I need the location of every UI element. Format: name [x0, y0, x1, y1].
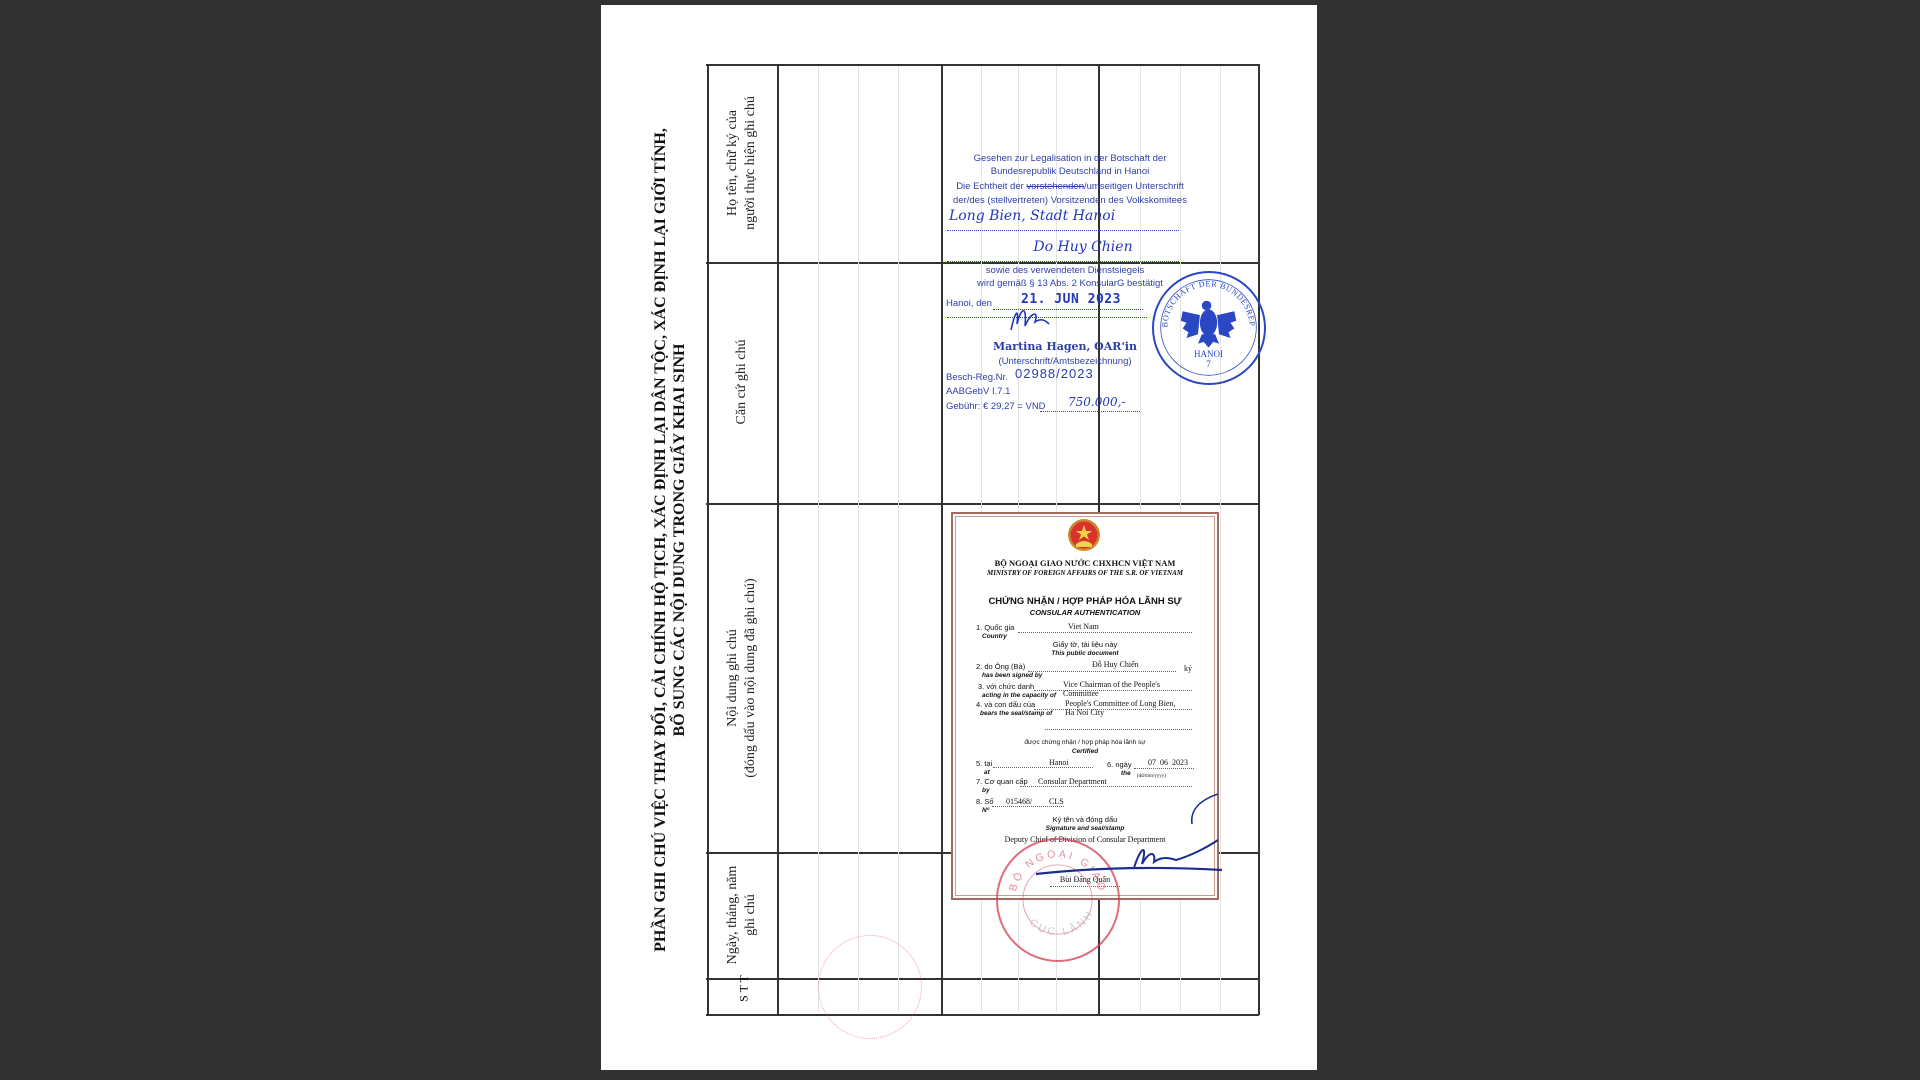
de-reg-label: Besch-Reg.Nr. — [946, 371, 1008, 384]
cert-capacity-label: 3. với chức danh acting in the capacity … — [978, 682, 1056, 700]
table-column-divider — [941, 64, 943, 1015]
cert-no-label-en: Nº — [982, 806, 994, 815]
de-line5: sowie des verwendeten Dienstsiegels — [950, 264, 1180, 277]
vietnam-emblem-icon — [1067, 518, 1101, 552]
cert-signed-label-en: has been signed by — [982, 671, 1042, 680]
cert-seal-value-2: Ha Noi City — [1065, 709, 1176, 718]
title-line-1: PHẦN GHI CHÚ VIỆC THAY ĐỔI, CẢI CHÍNH HỘ… — [651, 90, 670, 990]
cert-by-value: Consular Department — [1038, 777, 1107, 786]
german-embassy-seal: BOTSCHAFT DER BUNDESREPUBLIK DEUTSCHLAND… — [1152, 271, 1266, 385]
cert-date-label: 6. ngày the — [1107, 760, 1132, 778]
cert-document-vn: Giấy tờ, tài liệu này — [951, 640, 1219, 649]
cert-document-en: This public document — [951, 649, 1219, 658]
title-line-2: BỔ SUNG CÁC NỘI DUNG TRONG GIẤY KHAI SIN… — [670, 90, 689, 990]
table-border-bottom — [706, 1014, 1259, 1016]
german-seal-city-text: HANOI — [1154, 349, 1263, 359]
cert-date-label-vn: 6. ngày — [1107, 760, 1132, 769]
header-signer-line2: người thực hiện ghi chú — [742, 96, 760, 230]
cert-no-value: 015468/ — [1006, 797, 1032, 806]
cert-signed-suffix: ký — [1184, 664, 1192, 673]
cert-by-label-en: by — [982, 786, 1028, 795]
cert-title-vn: CHỨNG NHẬN / HỢP PHÁP HÓA LÃNH SỰ — [951, 596, 1219, 607]
de-signature — [1005, 302, 1060, 336]
cert-no-label: 8. Số Nº — [976, 797, 994, 815]
de-handwritten-name-line: Do Huy Chien — [947, 241, 1179, 262]
cert-capacity-value: Vice Chairman of the People's Committee — [1063, 681, 1160, 698]
cert-country-value: Viet Nam — [1068, 622, 1099, 631]
header-date-line2: ghi chú — [742, 866, 760, 965]
de-line1: Gesehen zur Legalisation in der Botschaf… — [950, 152, 1190, 165]
de-handwritten-place: Long Bien, Stadt Hanoi — [949, 208, 1115, 224]
cert-ministry-vn: BỘ NGOẠI GIAO NƯỚC CHXHCN VIỆT NAM — [951, 559, 1219, 568]
cert-country-label: 1. Quốc gia Country — [976, 623, 1014, 641]
table-row-divider — [706, 978, 1259, 980]
de-line4: der/des (stellvertreten) Vorsitzenden de… — [944, 194, 1196, 207]
cert-seal-dotline-2 — [1045, 729, 1192, 730]
ruling-line — [858, 66, 859, 1012]
consular-official-signature — [1030, 790, 1225, 880]
table-border-right — [1258, 64, 1260, 1015]
cert-at-label-en: at — [984, 768, 992, 777]
de-signer-name: Martina Hagen, OAR'in — [970, 340, 1160, 353]
german-seal-number: 7 — [1154, 359, 1263, 369]
cert-date-value: 07 06 2023 — [1148, 758, 1188, 767]
cert-signed-value: Đỗ Huy Chiến — [1092, 660, 1139, 669]
cert-at-value: Hanoi — [1049, 758, 1069, 767]
cert-capacity-label-en: acting in the capacity of — [982, 691, 1056, 700]
de-line2: Bundesrepublik Deutschland in Hanoi — [950, 165, 1190, 178]
cert-by-dotline — [1020, 786, 1192, 787]
de-fee-label: Gebühr: € 29,27 = VND — [946, 400, 1046, 413]
cert-signed-label-vn: 2. do Ông (Bà) — [976, 662, 1042, 671]
de-handwritten-place-line: Long Bien, Stadt Hanoi — [947, 210, 1179, 231]
cert-capacity-value-2: Committee — [1063, 690, 1160, 699]
header-content-line1: Nội dung ghi chú — [724, 578, 742, 777]
header-basis: Căn cứ ghi chú — [733, 340, 751, 425]
header-content: Nội dung ghi chú (đóng dấu vào nội dung … — [724, 578, 760, 777]
header-stt: S T T — [739, 971, 750, 1007]
de-line3-struck: vorstehenden — [1026, 181, 1084, 192]
cert-signed-dotline — [1028, 671, 1176, 672]
de-line3: Die Echtheit der vorstehenden/umseitigen… — [944, 180, 1196, 193]
faint-red-seal — [818, 935, 922, 1039]
cert-date-dotline — [1134, 768, 1194, 769]
cert-seal-label-en: bears the seal/stamp of — [980, 709, 1052, 718]
de-signature-line — [947, 316, 1147, 318]
cert-seal-value: People's Committee of Long Bien, Ha Noi … — [1065, 700, 1176, 717]
header-signer-line1: Họ tên, chữ ký của — [724, 96, 742, 230]
ruling-line — [818, 66, 819, 1012]
cert-at-label: 5. tại at — [976, 759, 992, 777]
header-stt-t1: T — [737, 985, 751, 992]
de-line3-suffix: /umseitigen Unterschrift — [1084, 181, 1184, 192]
cert-certified-vn: được chứng nhận / hợp pháp hóa lãnh sự — [951, 738, 1219, 747]
header-content-line2: (đóng dấu vào nội dung đã ghi chú) — [742, 578, 760, 777]
de-fee-value: 750.000,- — [1068, 395, 1126, 409]
de-line3-prefix: Die Echtheit der — [956, 181, 1026, 192]
de-fee-code: AABGebV I.7.1 — [946, 385, 1010, 398]
ruling-line — [898, 66, 899, 1012]
cert-no-label-vn: 8. Số — [976, 797, 994, 806]
cert-at-dotline — [993, 767, 1093, 768]
cert-by-label-vn: 7. Cơ quan cấp — [976, 777, 1028, 786]
cert-document-label: Giấy tờ, tài liệu này This public docume… — [951, 640, 1219, 658]
de-date-label: Hanoi, den — [946, 297, 992, 310]
header-basis-line1: Căn cứ ghi chú — [733, 340, 751, 425]
german-seal-city: HANOI 7 — [1154, 349, 1263, 369]
cert-at-label-vn: 5. tại — [976, 759, 992, 768]
table-border-left — [707, 64, 709, 1015]
header-stt-s: S — [737, 995, 751, 1002]
cert-certified-en: Certified — [951, 747, 1219, 756]
cert-certified-label: được chứng nhận / hợp pháp hóa lãnh sự C… — [951, 738, 1219, 756]
cert-date-format: (dd/mm/yyyy) — [1137, 772, 1166, 781]
header-date-line1: Ngày, tháng, năm — [724, 866, 742, 965]
de-fee-line: 750.000,- — [1040, 396, 1140, 412]
cert-country-label-vn: 1. Quốc gia — [976, 623, 1014, 632]
header-signer: Họ tên, chữ ký của người thực hiện ghi c… — [724, 96, 760, 230]
table-border-top — [706, 64, 1259, 66]
table-header-divider — [777, 64, 779, 1015]
table-row-divider — [706, 503, 1259, 505]
cert-title-en: CONSULAR AUTHENTICATION — [951, 608, 1219, 617]
cert-date-label-en: the — [1121, 769, 1132, 778]
header-stt-t2: T — [737, 975, 751, 982]
document-title: PHẦN GHI CHÚ VIỆC THAY ĐỔI, CẢI CHÍNH HỘ… — [651, 90, 689, 990]
de-handwritten-name: Do Huy Chien — [1033, 239, 1132, 255]
header-date: Ngày, tháng, năm ghi chú — [724, 866, 760, 965]
cert-ministry-en: MINISTRY OF FOREIGN AFFAIRS OF THE S.R. … — [951, 569, 1219, 578]
cert-seal-label-vn: 4. và con dấu của — [976, 700, 1052, 709]
cert-country-dotline — [1018, 632, 1192, 633]
de-reg-value: 02988/2023 — [1015, 367, 1094, 380]
